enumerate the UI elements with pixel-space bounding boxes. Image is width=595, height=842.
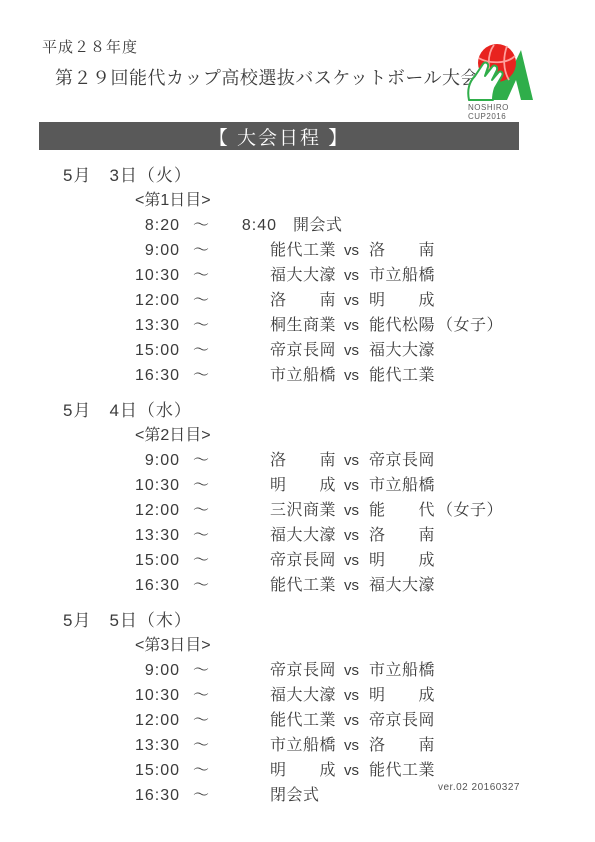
team1: 桐生商業	[270, 313, 336, 338]
tilde: ～	[186, 783, 216, 808]
team1: 明 成	[270, 473, 336, 498]
logo-text: NOSHIRO CUP2016	[468, 103, 549, 121]
vs-label: vs	[344, 288, 359, 313]
tilde: ～	[186, 498, 216, 523]
team1: 明 成	[270, 758, 336, 783]
day-date: 5月 5日（木）	[0, 608, 595, 633]
schedule-row: 12:00 ～ 能代工業 vs 帝京長岡	[0, 708, 595, 733]
start-time: 16:30	[60, 363, 180, 388]
team1: 帝京長岡	[270, 658, 336, 683]
tilde: ～	[186, 263, 216, 288]
team1: 市立船橋	[270, 733, 336, 758]
schedule-body: 5月 3日（火） <第1日目> 8:20 ～ 8:40 開会式 9:00 ～ 能…	[0, 163, 595, 818]
vs-label: vs	[344, 338, 359, 363]
vs-label: vs	[344, 733, 359, 758]
team2: 明 成	[369, 548, 435, 573]
start-time: 12:00	[60, 708, 180, 733]
schedule-row: 12:00 ～ 洛 南 vs 明 成	[0, 288, 595, 313]
start-time: 12:00	[60, 498, 180, 523]
start-time: 13:30	[60, 523, 180, 548]
team2: 洛 南	[369, 733, 435, 758]
end-time: 8:40	[216, 213, 277, 238]
schedule-row: 15:00 ～ 帝京長岡 vs 明 成	[0, 548, 595, 573]
start-time: 15:00	[60, 548, 180, 573]
start-time: 12:00	[60, 288, 180, 313]
noshiro-cup-logo: NOSHIRO CUP2016	[463, 42, 549, 121]
schedule-row: 9:00 ～ 帝京長岡 vs 市立船橋	[0, 658, 595, 683]
tilde: ～	[186, 548, 216, 573]
start-time: 13:30	[60, 313, 180, 338]
fiscal-year: 平成２８年度	[42, 36, 138, 57]
start-time: 16:30	[60, 783, 180, 808]
tilde: ～	[186, 473, 216, 498]
logo-text-line2: CUP2016	[468, 112, 549, 121]
vs-label: vs	[344, 238, 359, 263]
tilde: ～	[186, 288, 216, 313]
tilde: ～	[186, 313, 216, 338]
day-section-1: 5月 3日（火） <第1日目> 8:20 ～ 8:40 開会式 9:00 ～ 能…	[0, 163, 595, 388]
vs-label: vs	[344, 523, 359, 548]
tilde: ～	[186, 658, 216, 683]
vs-label: vs	[344, 363, 359, 388]
start-time: 9:00	[60, 658, 180, 683]
day-section-3: 5月 5日（木） <第3日目> 9:00 ～ 帝京長岡 vs 市立船橋 10:3…	[0, 608, 595, 808]
vs-label: vs	[344, 758, 359, 783]
logo-graphic	[463, 42, 549, 102]
version-note: ver.02 20160327	[438, 782, 520, 793]
team2: 明 成	[369, 683, 435, 708]
vs-label: vs	[344, 263, 359, 288]
day-section-2: 5月 4日（水） <第2日目> 9:00 ～ 洛 南 vs 帝京長岡 10:30…	[0, 398, 595, 598]
vs-label: vs	[344, 708, 359, 733]
schedule-page: 平成２８年度 第２９回能代カップ高校選抜バスケットボール大会 NOSHIRO C…	[0, 0, 595, 842]
team1: 福大大濠	[270, 683, 336, 708]
tilde: ～	[186, 238, 216, 263]
tilde: ～	[186, 733, 216, 758]
tilde: ～	[186, 758, 216, 783]
start-time: 13:30	[60, 733, 180, 758]
logo-text-line1: NOSHIRO	[468, 103, 549, 112]
team2: 明 成	[369, 288, 435, 313]
vs-label: vs	[344, 573, 359, 598]
schedule-row-ceremony: 8:20 ～ 8:40 開会式	[0, 213, 595, 238]
schedule-row: 12:00 ～ 三沢商業 vs 能 代 （女子）	[0, 498, 595, 523]
team1: 福大大濠	[270, 523, 336, 548]
gender-note: （女子）	[437, 313, 503, 338]
vs-label: vs	[344, 448, 359, 473]
team1: 帝京長岡	[270, 548, 336, 573]
tilde: ～	[186, 683, 216, 708]
team2: 帝京長岡	[369, 448, 435, 473]
start-time: 15:00	[60, 338, 180, 363]
team2: 福大大濠	[369, 573, 435, 598]
schedule-row: 9:00 ～ 能代工業 vs 洛 南	[0, 238, 595, 263]
team1: 能代工業	[270, 708, 336, 733]
start-time: 16:30	[60, 573, 180, 598]
vs-label: vs	[344, 548, 359, 573]
team1: 市立船橋	[270, 363, 336, 388]
day-number-label: <第1日目>	[0, 188, 595, 213]
schedule-row: 10:30 ～ 福大大濠 vs 明 成	[0, 683, 595, 708]
start-time: 10:30	[60, 263, 180, 288]
team2: 洛 南	[369, 523, 435, 548]
vs-label: vs	[344, 498, 359, 523]
start-time: 8:20	[60, 213, 180, 238]
team1: 能代工業	[270, 573, 336, 598]
team2: 洛 南	[369, 238, 435, 263]
team2: 市立船橋	[369, 473, 435, 498]
schedule-row: 15:00 ～ 明 成 vs 能代工業	[0, 758, 595, 783]
page-title: 第２９回能代カップ高校選抜バスケットボール大会	[55, 64, 479, 90]
team1: 洛 南	[270, 288, 336, 313]
start-time: 15:00	[60, 758, 180, 783]
tilde: ～	[186, 523, 216, 548]
schedule-row: 10:30 ～ 明 成 vs 市立船橋	[0, 473, 595, 498]
start-time: 10:30	[60, 473, 180, 498]
tilde: ～	[186, 213, 216, 238]
vs-label: vs	[344, 473, 359, 498]
team2: 福大大濠	[369, 338, 435, 363]
start-time: 10:30	[60, 683, 180, 708]
schedule-row: 13:30 ～ 市立船橋 vs 洛 南	[0, 733, 595, 758]
team1: 三沢商業	[270, 498, 336, 523]
tilde: ～	[186, 363, 216, 388]
tilde: ～	[186, 573, 216, 598]
team1: 福大大濠	[270, 263, 336, 288]
schedule-row: 9:00 ～ 洛 南 vs 帝京長岡	[0, 448, 595, 473]
schedule-row: 16:30 ～ 能代工業 vs 福大大濠	[0, 573, 595, 598]
tilde: ～	[186, 338, 216, 363]
team2: 市立船橋	[369, 263, 435, 288]
start-time: 9:00	[60, 448, 180, 473]
team2: 能代工業	[369, 758, 435, 783]
team1: 能代工業	[270, 238, 336, 263]
vs-label: vs	[344, 313, 359, 338]
team2: 能 代	[369, 498, 435, 523]
day-number-label: <第2日目>	[0, 423, 595, 448]
team2: 市立船橋	[369, 658, 435, 683]
gender-note: （女子）	[437, 498, 503, 523]
schedule-row: 13:30 ～ 桐生商業 vs 能代松陽 （女子）	[0, 313, 595, 338]
team2: 能代松陽	[369, 313, 435, 338]
start-time: 9:00	[60, 238, 180, 263]
team2: 帝京長岡	[369, 708, 435, 733]
schedule-row: 10:30 ～ 福大大濠 vs 市立船橋	[0, 263, 595, 288]
schedule-row: 16:30 ～ 市立船橋 vs 能代工業	[0, 363, 595, 388]
team1: 洛 南	[270, 448, 336, 473]
day-number-label: <第3日目>	[0, 633, 595, 658]
day-date: 5月 4日（水）	[0, 398, 595, 423]
section-banner: 【 大会日程 】	[39, 122, 519, 150]
vs-label: vs	[344, 683, 359, 708]
event-name: 開会式	[293, 213, 343, 238]
vs-label: vs	[344, 658, 359, 683]
tilde: ～	[186, 448, 216, 473]
day-date: 5月 3日（火）	[0, 163, 595, 188]
team2: 能代工業	[369, 363, 435, 388]
tilde: ～	[186, 708, 216, 733]
schedule-row: 13:30 ～ 福大大濠 vs 洛 南	[0, 523, 595, 548]
schedule-row: 15:00 ～ 帝京長岡 vs 福大大濠	[0, 338, 595, 363]
team1: 帝京長岡	[270, 338, 336, 363]
event-name: 閉会式	[270, 783, 336, 808]
